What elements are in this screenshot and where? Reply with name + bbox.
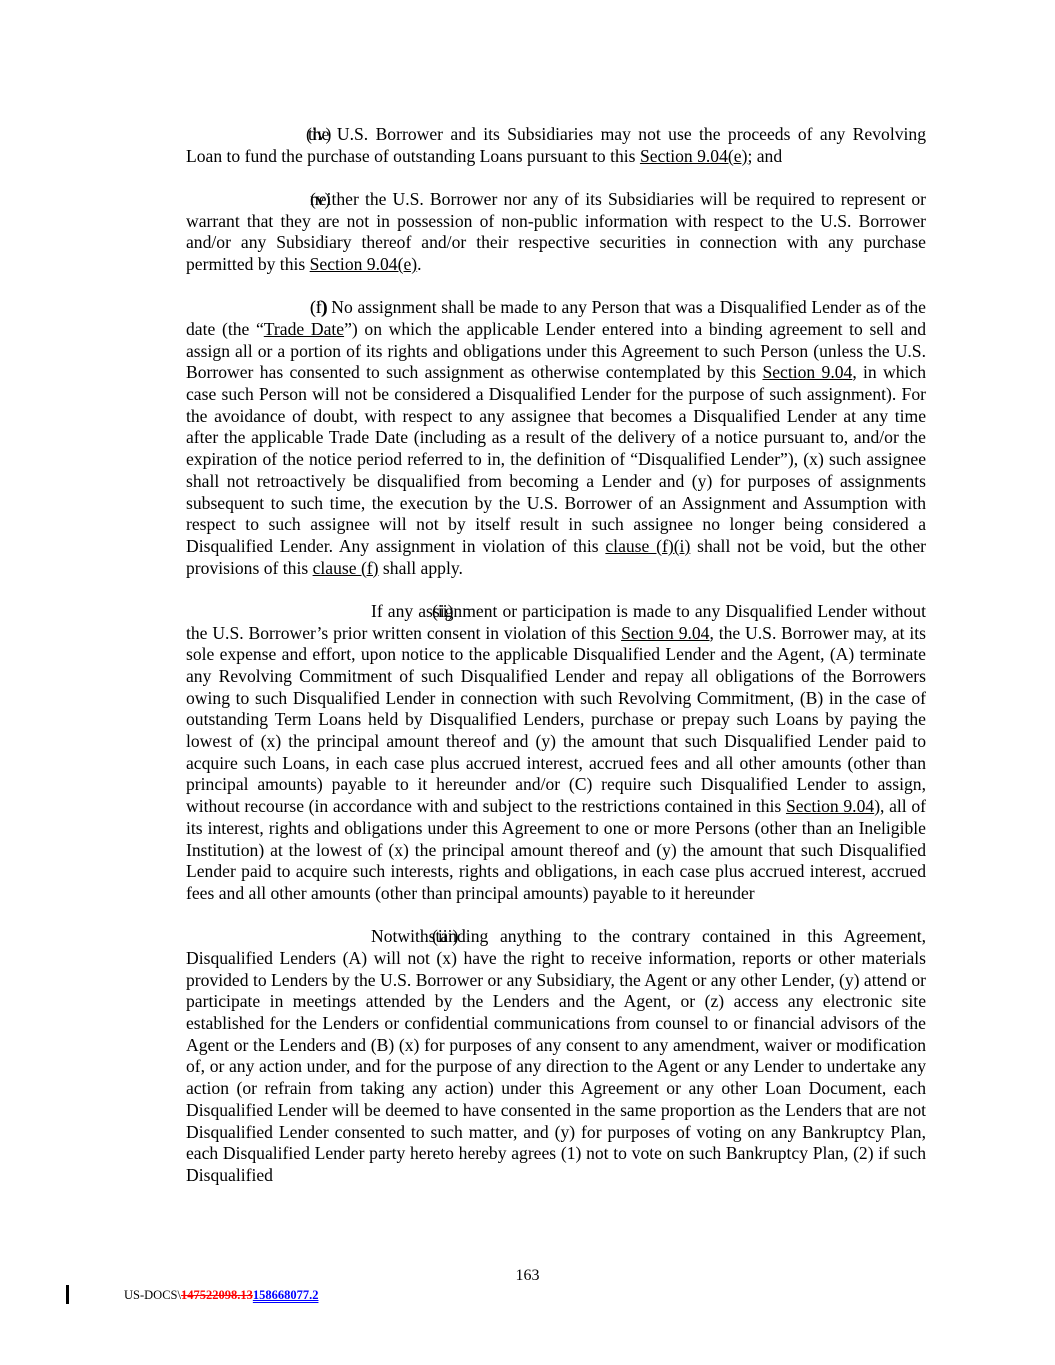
revision-change-bar (66, 1285, 69, 1304)
docid-prefix: US-DOCS\ (124, 1288, 181, 1302)
clause-reference-link[interactable]: clause (f) (313, 558, 379, 578)
paragraph-f-ii: (ii)If any assignment or participation i… (186, 601, 926, 905)
deleted-docid: 147522098.13 (181, 1288, 253, 1302)
section-reference-link[interactable]: Section 9.04 (762, 362, 852, 382)
paragraph-iv: (iv)the U.S. Borrower and its Subsidiari… (186, 124, 926, 167)
paragraph-f-iii: (iii)Notwithstanding anything to the con… (186, 926, 926, 1186)
inserted-docid: 158668077.2 (253, 1288, 319, 1302)
footer-document-id: US-DOCS\147522098.13158668077.2 (124, 1288, 318, 1303)
paragraph-f-i: (f)(i) No assignment shall be made to an… (186, 297, 926, 579)
document-page: (iv)the U.S. Borrower and its Subsidiari… (186, 124, 926, 1208)
paragraph-text: , in which case such Person will not be … (186, 362, 926, 556)
clause-reference-link[interactable]: clause (f)(i) (605, 536, 690, 556)
paragraph-text: , the U.S. Borrower may, at its sole exp… (186, 623, 926, 817)
paragraph-text: ; and (747, 146, 782, 166)
clause-label: (iv) (246, 124, 308, 146)
defined-term: Trade Date (264, 319, 344, 339)
clause-label: (ii) (309, 601, 371, 623)
section-reference-link[interactable]: Section 9.04(e) (310, 254, 418, 274)
clause-label: (f) (248, 297, 310, 319)
paragraph-text: . (417, 254, 421, 274)
clause-label: (iii) (309, 926, 371, 948)
section-reference-link[interactable]: Section 9.04 (786, 796, 874, 816)
paragraph-v: (v)neither the U.S. Borrower nor any of … (186, 189, 926, 276)
clause-label: (v) (248, 189, 310, 211)
page-number: 163 (0, 1267, 1055, 1285)
paragraph-text: shall apply. (379, 558, 463, 578)
paragraph-text: Notwithstanding anything to the contrary… (186, 926, 926, 1185)
section-reference-link[interactable]: Section 9.04(e) (640, 146, 748, 166)
section-reference-link[interactable]: Section 9.04 (621, 623, 709, 643)
